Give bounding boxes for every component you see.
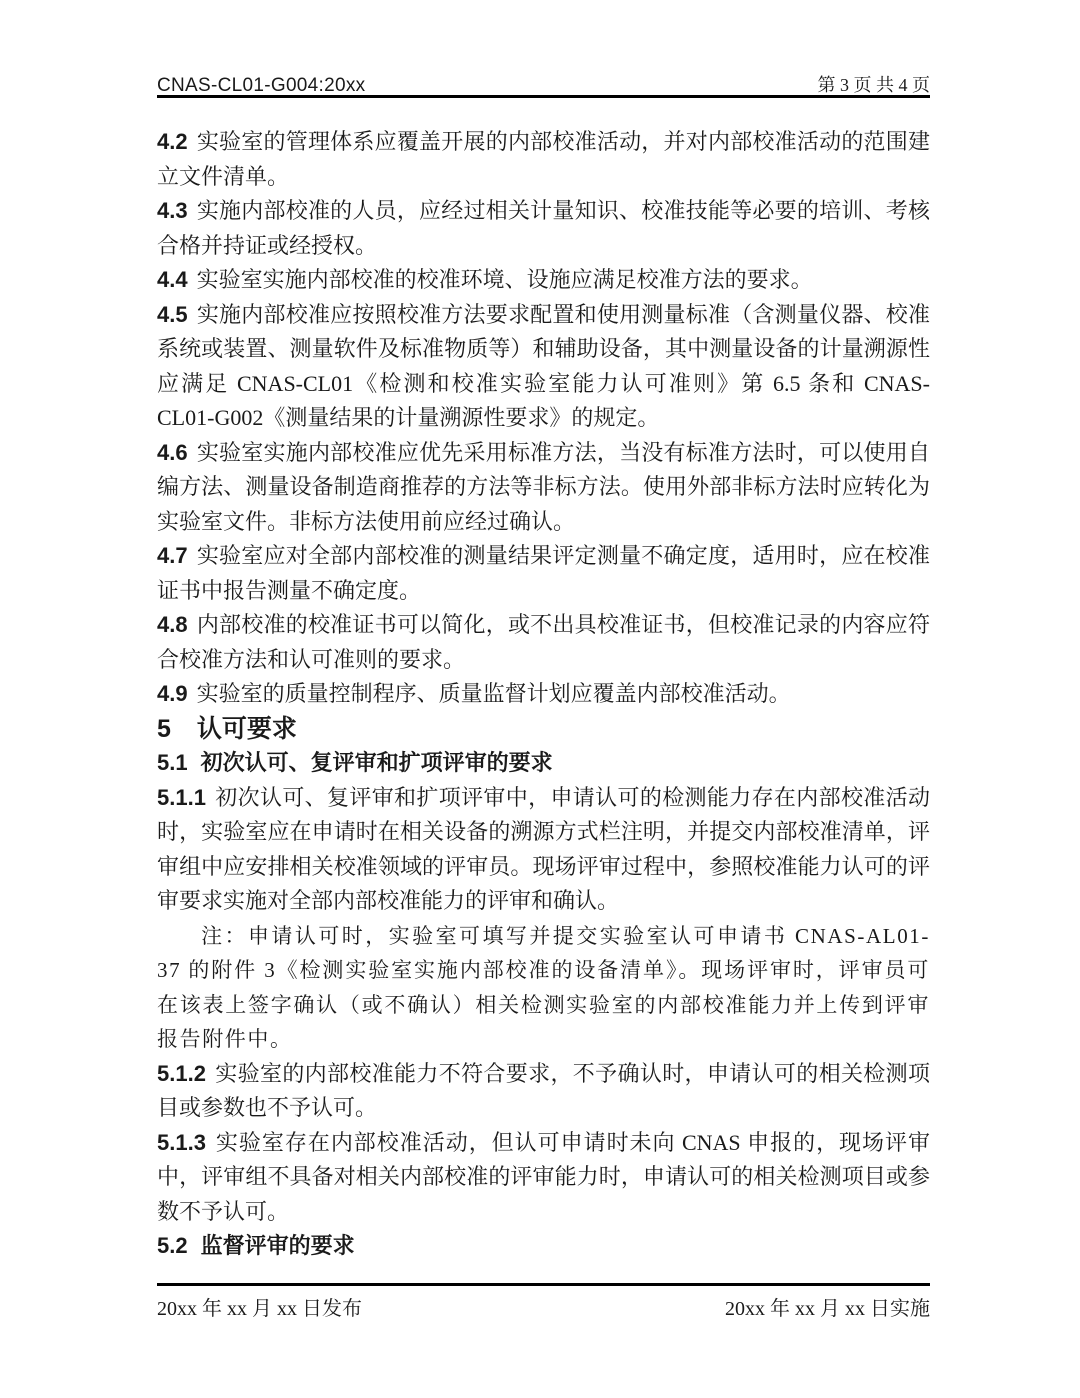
clause-4-6: 4.6实验室实施内部校准应优先采用标准方法，当没有标准方法时，可以使用自编方法、…: [157, 436, 930, 540]
subsection-number: 5.1: [157, 750, 188, 775]
clause-number: 4.6: [157, 440, 188, 465]
document-number: CNAS-CL01-G004:20xx: [157, 75, 365, 97]
header-divider: [157, 95, 930, 98]
section-5-heading: 5认可要求: [157, 712, 930, 747]
clause-4-7: 4.7实验室应对全部内部校准的测量结果评定测量不确定度，适用时，应在校准证书中报…: [157, 539, 930, 608]
page-header: CNAS-CL01-G004:20xx 第 3 页 共 4 页: [157, 71, 930, 97]
clause-5-1-3: 5.1.3实验室存在内部校准活动，但认可申请时未向 CNAS 申报的，现场评审中…: [157, 1126, 930, 1230]
clause-number: 4.9: [157, 681, 188, 706]
clause-number: 4.5: [157, 302, 188, 327]
section-number: 5: [157, 715, 171, 743]
subsection-number: 5.2: [157, 1233, 188, 1258]
subsection-title: 监督评审的要求: [201, 1233, 355, 1258]
clause-text: 实施内部校准应按照校准方法要求配置和使用测量标准（含测量仪器、校准系统或装置、测…: [157, 302, 930, 431]
clause-number: 5.1.3: [157, 1130, 206, 1155]
clause-number: 5.1.1: [157, 785, 206, 810]
clause-4-2: 4.2实验室的管理体系应覆盖开展的内部校准活动，并对内部校准活动的范围建立文件清…: [157, 125, 930, 194]
clause-number: 4.8: [157, 612, 188, 637]
clause-text: 实验室的质量控制程序、质量监督计划应覆盖内部校准活动。: [197, 681, 791, 706]
clause-text: 实验室实施内部校准应优先采用标准方法，当没有标准方法时，可以使用自编方法、测量设…: [157, 440, 930, 534]
release-date: 20xx 年 xx 月 xx 日发布: [157, 1292, 362, 1321]
clause-4-8: 4.8内部校准的校准证书可以简化，或不出具校准证书，但校准记录的内容应符合校准方…: [157, 608, 930, 677]
clause-text: 实验室实施内部校准的校准环境、设施应满足校准方法的要求。: [197, 267, 813, 292]
page-footer: 20xx 年 xx 月 xx 日发布 20xx 年 xx 月 xx 日实施: [157, 1292, 930, 1321]
clause-number: 4.3: [157, 198, 188, 223]
subsection-title: 初次认可、复评审和扩项评审的要求: [201, 750, 553, 775]
footer-divider: [157, 1283, 930, 1286]
clause-text: 实验室的管理体系应覆盖开展的内部校准活动，并对内部校准活动的范围建立文件清单。: [157, 129, 930, 189]
subsection-5-2-heading: 5.2监督评审的要求: [157, 1229, 930, 1264]
clause-text: 初次认可、复评审和扩项评审中，申请认可的检测能力存在内部校准活动时，实验室应在申…: [157, 785, 930, 914]
clause-4-4: 4.4实验室实施内部校准的校准环境、设施应满足校准方法的要求。: [157, 263, 930, 298]
section-title: 认可要求: [197, 715, 297, 743]
clause-text: 实施内部校准的人员，应经过相关计量知识、校准技能等必要的培训、考核合格并持证或经…: [157, 198, 930, 258]
clause-4-5: 4.5实施内部校准应按照校准方法要求配置和使用测量标准（含测量仪器、校准系统或装…: [157, 298, 930, 436]
clause-5-1-2: 5.1.2实验室的内部校准能力不符合要求，不予确认时，申请认可的相关检测项目或参…: [157, 1057, 930, 1126]
clause-4-9: 4.9实验室的质量控制程序、质量监督计划应覆盖内部校准活动。: [157, 677, 930, 712]
clause-number: 4.7: [157, 543, 188, 568]
document-body: 4.2实验室的管理体系应覆盖开展的内部校准活动，并对内部校准活动的范围建立文件清…: [157, 125, 930, 1264]
clause-number: 4.2: [157, 129, 188, 154]
note-paragraph: 注：申请认可时，实验室可填写并提交实验室认可申请书 CNAS-AL01-37 的…: [157, 919, 930, 1057]
clause-4-3: 4.3实施内部校准的人员，应经过相关计量知识、校准技能等必要的培训、考核合格并持…: [157, 194, 930, 263]
clause-5-1-1: 5.1.1初次认可、复评审和扩项评审中，申请认可的检测能力存在内部校准活动时，实…: [157, 781, 930, 919]
implement-date: 20xx 年 xx 月 xx 日实施: [725, 1292, 930, 1321]
page-number-info: 第 3 页 共 4 页: [818, 71, 931, 97]
clause-text: 实验室的内部校准能力不符合要求，不予确认时，申请认可的相关检测项目或参数也不予认…: [157, 1061, 930, 1121]
document-page: CNAS-CL01-G004:20xx 第 3 页 共 4 页 4.2实验室的管…: [0, 0, 1080, 1398]
clause-text: 实验室存在内部校准活动，但认可申请时未向 CNAS 申报的，现场评审中，评审组不…: [157, 1130, 930, 1224]
clause-text: 实验室应对全部内部校准的测量结果评定测量不确定度，适用时，应在校准证书中报告测量…: [157, 543, 930, 603]
clause-text: 内部校准的校准证书可以简化，或不出具校准证书，但校准记录的内容应符合校准方法和认…: [157, 612, 930, 672]
clause-number: 5.1.2: [157, 1061, 206, 1086]
clause-number: 4.4: [157, 267, 188, 292]
subsection-5-1-heading: 5.1初次认可、复评审和扩项评审的要求: [157, 746, 930, 781]
